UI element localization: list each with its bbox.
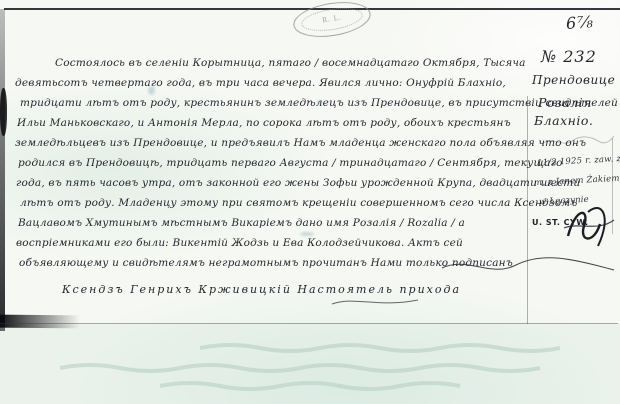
record-text-line: года, въ пять часовъ утра, отъ законной …	[16, 177, 580, 189]
record-bottom-line	[0, 323, 618, 324]
record-text-line: Состоялось въ селеніи Корытница, пятаго …	[55, 57, 526, 69]
scanned-record-page: R. L. 6⅞ № 232 Прендовице Розалія Блахні…	[0, 0, 620, 404]
stamp-inner-ring	[300, 4, 365, 34]
record-text-line: родился въ Прендовицѣ, тридцать перваго …	[18, 157, 563, 169]
closing-flourish	[438, 252, 618, 280]
scan-binding-shadow	[0, 9, 5, 331]
scan-edge-blot	[0, 88, 7, 136]
ink-smudge	[300, 232, 314, 236]
bleed-through-ghost-text	[40, 338, 585, 398]
record-text-line: Ильи Маньковскаго, и Антонія Мерла, по с…	[17, 117, 511, 129]
margin-surname: Блахніо.	[534, 113, 593, 128]
record-text-line: девятьсотъ четвертаго года, въ три часа …	[15, 77, 506, 89]
margin-record-number: № 232	[541, 47, 597, 66]
margin-place-name: Прендовице	[532, 73, 615, 87]
ink-smudge	[148, 86, 155, 95]
margin-divider-line	[527, 96, 528, 324]
record-text-line: Вацлавомъ Хмутинымъ мѣстнымъ Викаріемъ д…	[18, 217, 465, 229]
bottom-left-smudge	[0, 315, 80, 329]
ink-smudge	[317, 100, 322, 105]
record-text-line: земледѣльцевъ изъ Прендовице, и предъяви…	[15, 137, 586, 149]
folio-number: 6⅞	[566, 12, 595, 33]
parish-oval-stamp: R. L.	[291, 0, 373, 42]
record-text-line: лѣтъ отъ роду. Младенцу этому при святом…	[20, 197, 577, 209]
signature-underline-flourish	[330, 294, 422, 310]
record-text-line: воспріемниками его были: Викентій Жодзь …	[16, 237, 463, 249]
